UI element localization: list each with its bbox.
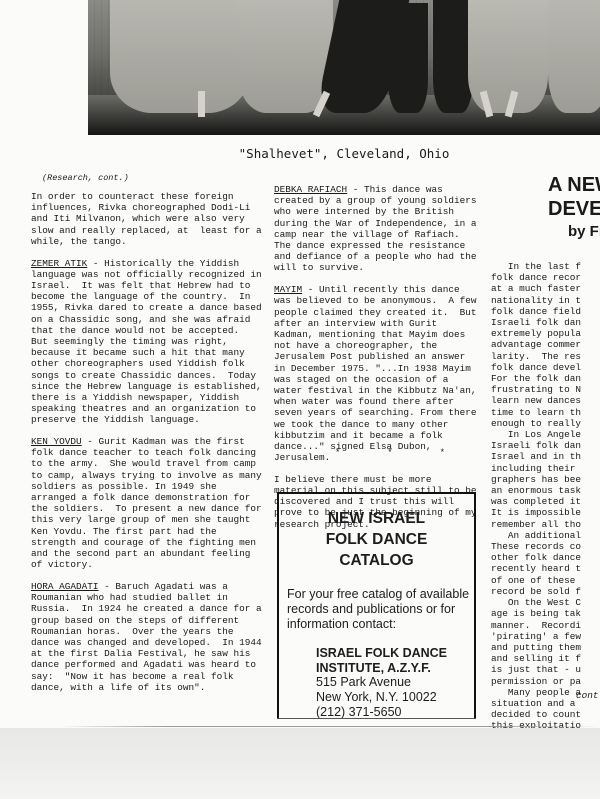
- text-line: In the last f: [491, 261, 600, 272]
- text-line: including their: [491, 463, 600, 474]
- text-line: larity. The res: [491, 351, 600, 362]
- photo-dancer-skirt: [110, 0, 250, 113]
- text-line: was completed it: [491, 496, 600, 507]
- text-line: folk dance recor: [491, 272, 600, 283]
- ad-title-line: FOLK DANCE: [279, 529, 474, 550]
- text-line: other folk dance: [491, 552, 600, 563]
- text-line: age is being tak: [491, 608, 600, 619]
- paragraph: DEBKA RAFIACH - This dance was created b…: [274, 184, 479, 274]
- catalog-advertisement: NEW ISRAEL FOLK DANCE CATALOG For your f…: [277, 492, 476, 719]
- asterisk: *: [387, 448, 392, 458]
- ad-body: For your free catalog of available recor…: [287, 587, 474, 632]
- continued-note: cont': [576, 690, 600, 701]
- paragraph-text: - Historically the Yiddish language was …: [31, 258, 267, 426]
- ad-org-line: ISRAEL FOLK DANCE: [316, 646, 474, 661]
- paragraph: KEN YOVDU - Gurit Kadman was the first f…: [31, 436, 266, 570]
- section-separator: * * *: [335, 448, 445, 458]
- dance-heading: KEN YOVDU: [31, 436, 82, 447]
- text-line: decided to count: [491, 709, 600, 720]
- text-line: On the West C: [491, 597, 600, 608]
- paragraph-text: - This dance was created by a group of y…: [274, 184, 482, 273]
- photo-dancer-trousers: [433, 0, 473, 113]
- paragraph-text: - Baruch Agadati was a Roumanian who had…: [31, 581, 267, 693]
- ad-title-line: NEW ISRAEL: [279, 508, 474, 529]
- article-title: A NEW DEVE: [548, 173, 600, 221]
- text-line: manner. Recordi: [491, 620, 600, 631]
- text-line: learn new dances: [491, 395, 600, 406]
- text-line: 'pirating' a few: [491, 631, 600, 642]
- text-line: record be sold f: [491, 586, 600, 597]
- left-column: In order to counteract these foreign inf…: [31, 191, 266, 704]
- paragraph: In order to counteract these foreign inf…: [31, 191, 266, 247]
- paragraph: HORA AGADATI - Baruch Agadati was a Roum…: [31, 581, 266, 693]
- text-line: is just that - u: [491, 664, 600, 675]
- right-column: In the last ffolk dance recorat a much f…: [491, 261, 600, 732]
- photo-caption: "Shalhevet", Cleveland, Ohio: [0, 146, 600, 161]
- ad-org-line: INSTITUTE, A.Z.Y.F.: [316, 661, 474, 676]
- continuation-label: (Research, cont.): [42, 173, 129, 183]
- paragraph-text: - Until recently this dance was believed…: [274, 284, 482, 463]
- text-line: Israel and in th: [491, 451, 600, 462]
- text-line: It is impossible: [491, 507, 600, 518]
- text-line: folk dance field: [491, 306, 600, 317]
- text-line: An additional: [491, 530, 600, 541]
- asterisk: *: [335, 448, 340, 458]
- text-line: extremely popula: [491, 328, 600, 339]
- text-line: remember all tho: [491, 519, 600, 530]
- text-line: enough to really: [491, 418, 600, 429]
- photo-dancer-trousers: [388, 3, 428, 113]
- paragraph: ZEMER ATIK - Historically the Yiddish la…: [31, 258, 266, 426]
- text-line: recently heard t: [491, 563, 600, 574]
- ad-city: New York, N.Y. 10022: [316, 690, 474, 705]
- paragraph: MAYIM - Until recently this dance was be…: [274, 284, 479, 463]
- text-line: of one of these: [491, 575, 600, 586]
- text-line: time to learn th: [491, 407, 600, 418]
- text-line: an enormous task: [491, 485, 600, 496]
- dance-heading: DEBKA RAFIACH: [274, 184, 347, 195]
- article-title-line: A NEW: [548, 173, 600, 197]
- ad-street: 515 Park Avenue: [316, 675, 474, 690]
- text-line: These records co: [491, 541, 600, 552]
- photo-dancer-skirt: [548, 0, 600, 113]
- ad-address: 515 Park Avenue New York, N.Y. 10022 (21…: [316, 675, 474, 720]
- text-line: frustrating to N: [491, 384, 600, 395]
- ad-organization: ISRAEL FOLK DANCE INSTITUTE, A.Z.Y.F.: [316, 646, 474, 675]
- text-line: advantage commer: [491, 339, 600, 350]
- text-line: folk dance devel: [491, 362, 600, 373]
- text-line: For the folk dan: [491, 373, 600, 384]
- page-fold-line: [60, 726, 600, 727]
- text-line: and selling it f: [491, 653, 600, 664]
- article-byline: by Fr: [568, 223, 600, 240]
- dance-heading: MAYIM: [274, 284, 302, 295]
- text-line: and putting them: [491, 642, 600, 653]
- photo-dancer-skirt: [238, 0, 333, 113]
- page-fold: [0, 728, 600, 799]
- text-line: at a much faster: [491, 283, 600, 294]
- paragraph-text: - Gurit Kadman was the first folk dance …: [31, 436, 267, 570]
- text-line: nationality in t: [491, 295, 600, 306]
- text-line: In Los Angele: [491, 429, 600, 440]
- text-line: graphers has bee: [491, 474, 600, 485]
- dance-heading: HORA AGADATI: [31, 581, 99, 592]
- paragraph-text: In order to counteract these foreign inf…: [31, 191, 267, 247]
- text-line: Israeli folk dan: [491, 317, 600, 328]
- ad-title: NEW ISRAEL FOLK DANCE CATALOG: [279, 508, 474, 571]
- asterisk: *: [440, 448, 445, 458]
- ad-bottom-border: [277, 718, 476, 719]
- text-line: Israeli folk dan: [491, 440, 600, 451]
- article-title-line: DEVE: [548, 197, 600, 221]
- photo-leg: [198, 91, 205, 117]
- dance-heading: ZEMER ATIK: [31, 258, 87, 269]
- middle-column: DEBKA RAFIACH - This dance was created b…: [274, 184, 479, 540]
- dance-photograph: [88, 0, 600, 135]
- ad-title-line: CATALOG: [279, 550, 474, 571]
- text-line: permission or pa: [491, 676, 600, 687]
